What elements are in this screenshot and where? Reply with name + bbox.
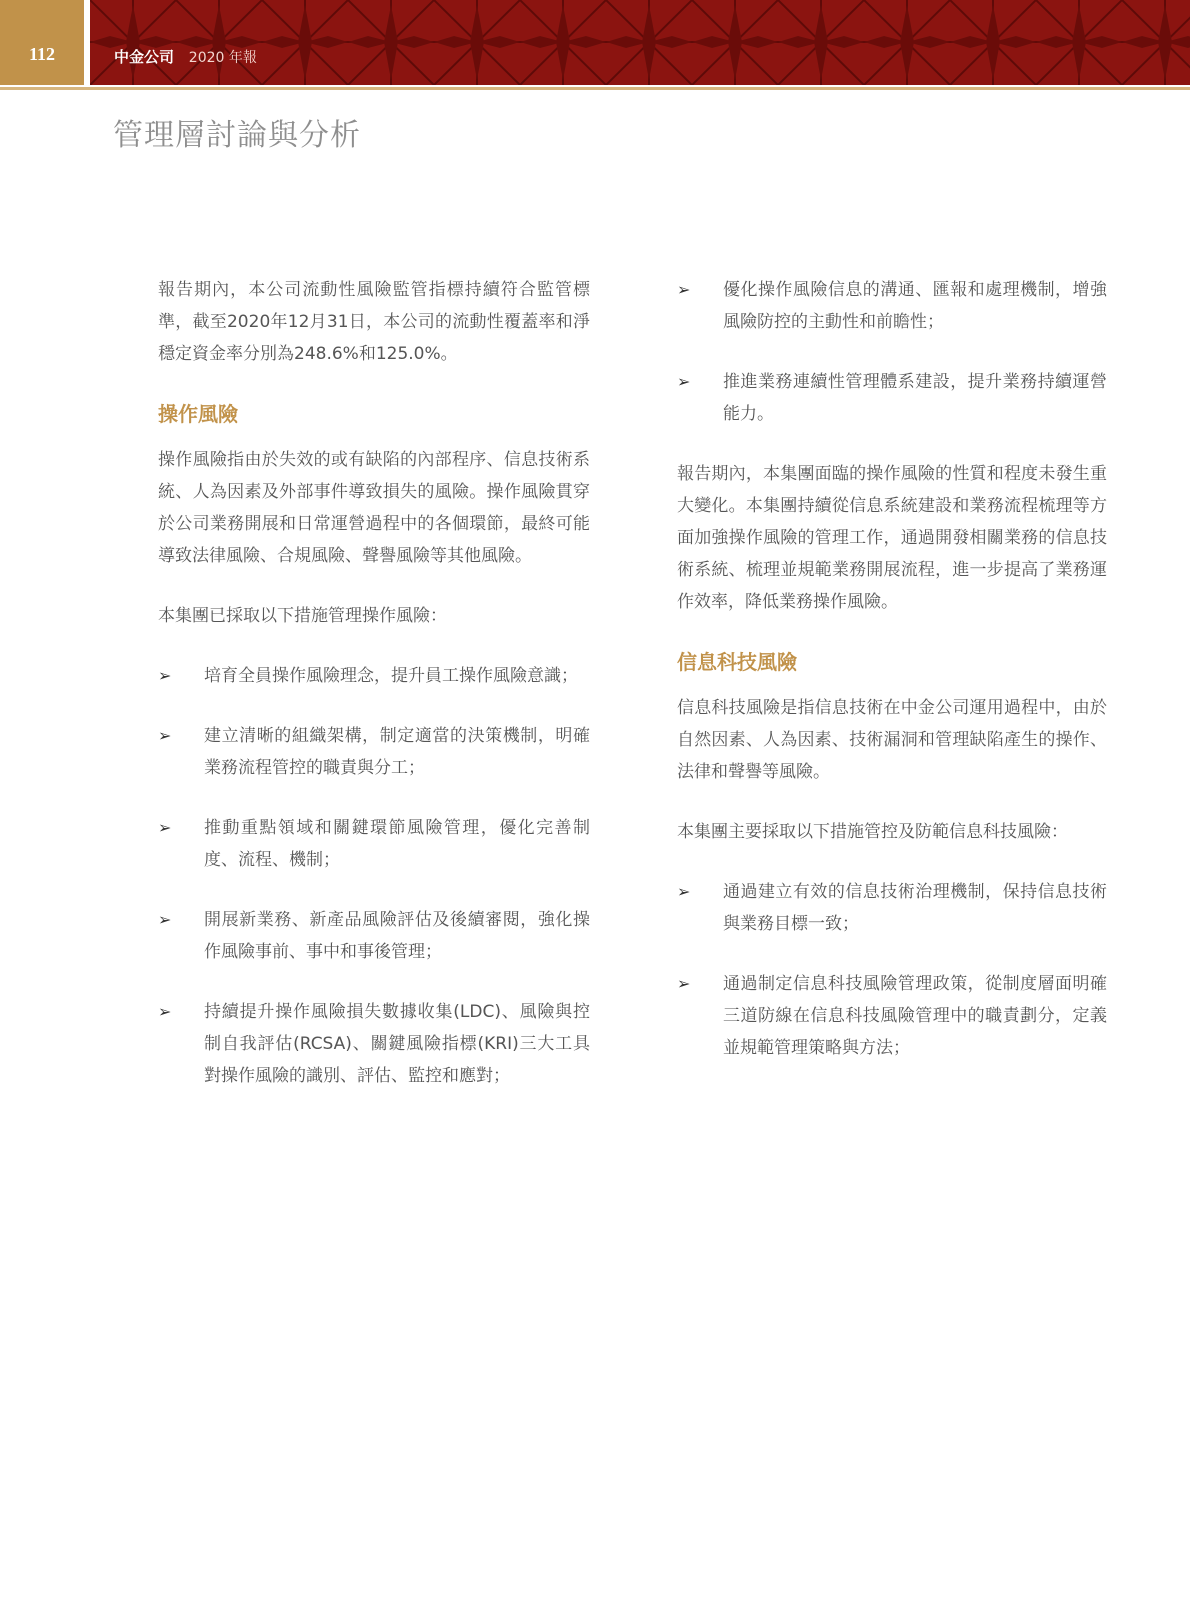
arrowhead-icon: ➢ [158, 812, 204, 876]
liquidity-paragraph: 報告期內，本公司流動性風險監管指標持續符合監管標準，截至2020年12月31日，… [158, 274, 590, 370]
left-column: 報告期內，本公司流動性風險監管指標持續符合監管標準，截至2020年12月31日，… [158, 274, 590, 1120]
list-item: ➢ 開展新業務、新產品風險評估及後續審閱，強化操作風險事前、事中和事後管理； [158, 904, 590, 968]
section-heading-operational-risk: 操作風險 [158, 398, 590, 430]
list-item-text: 通過建立有效的信息技術治理機制，保持信息技術與業務目標一致； [723, 876, 1107, 940]
list-item: ➢ 持續提升操作風險損失數據收集(LDC)、風險與控制自我評估(RCSA)、關鍵… [158, 996, 590, 1092]
it-risk-definition: 信息科技風險是指信息技術在中金公司運用過程中，由於自然因素、人為因素、技術漏洞和… [677, 692, 1107, 788]
list-item: ➢ 優化操作風險信息的溝通、匯報和處理機制，增強風險防控的主動性和前瞻性； [677, 274, 1107, 338]
arrowhead-icon: ➢ [158, 904, 204, 968]
operational-risk-definition: 操作風險指由於失效的或有缺陷的內部程序、信息技術系統、人為因素及外部事件導致損失… [158, 444, 590, 572]
list-item-text: 培育全員操作風險理念，提升員工操作風險意識； [204, 660, 590, 692]
arrowhead-icon: ➢ [158, 996, 204, 1092]
list-item-text: 開展新業務、新產品風險評估及後續審閱，強化操作風險事前、事中和事後管理； [204, 904, 590, 968]
operational-risk-summary: 報告期內，本集團面臨的操作風險的性質和程度未發生重大變化。本集團持續從信息系統建… [677, 458, 1107, 618]
arrowhead-icon: ➢ [677, 876, 723, 940]
list-item-text: 推進業務連續性管理體系建設，提升業務持續運營能力。 [723, 366, 1107, 430]
arrowhead-icon: ➢ [677, 968, 723, 1064]
arrowhead-icon: ➢ [677, 366, 723, 430]
list-item: ➢ 建立清晰的組織架構，制定適當的決策機制，明確業務流程管控的職責與分工； [158, 720, 590, 784]
list-item-text: 通過制定信息科技風險管理政策，從制度層面明確三道防線在信息科技風險管理中的職責劃… [723, 968, 1107, 1064]
operational-measures-intro: 本集團已採取以下措施管理操作風險： [158, 600, 590, 632]
page-header: 112 [0, 0, 1190, 92]
page-number: 112 [0, 44, 84, 65]
right-column: ➢ 優化操作風險信息的溝通、匯報和處理機制，增強風險防控的主動性和前瞻性； ➢ … [677, 274, 1107, 1092]
page-number-box: 112 [0, 0, 84, 85]
company-name: 中金公司 [114, 48, 174, 66]
section-heading-it-risk: 信息科技風險 [677, 646, 1107, 678]
list-item: ➢ 通過制定信息科技風險管理政策，從制度層面明確三道防線在信息科技風險管理中的職… [677, 968, 1107, 1064]
list-item-text: 持續提升操作風險損失數據收集(LDC)、風險與控制自我評估(RCSA)、關鍵風險… [204, 996, 590, 1092]
list-item-text: 推動重點領域和關鍵環節風險管理，優化完善制度、流程、機制； [204, 812, 590, 876]
header-divider [0, 87, 1190, 90]
header-separator [86, 0, 88, 87]
header-pattern-band: 中金公司 2020 年報 [90, 0, 1190, 85]
arrowhead-icon: ➢ [158, 720, 204, 784]
list-item-text: 優化操作風險信息的溝通、匯報和處理機制，增強風險防控的主動性和前瞻性； [723, 274, 1107, 338]
list-item: ➢ 培育全員操作風險理念，提升員工操作風險意識； [158, 660, 590, 692]
arrowhead-icon: ➢ [677, 274, 723, 338]
it-measures-intro: 本集團主要採取以下措施管控及防範信息科技風險： [677, 816, 1107, 848]
report-title: 中金公司 2020 年報 [114, 46, 257, 67]
asanoha-pattern-icon [90, 0, 1190, 85]
list-item: ➢ 通過建立有效的信息技術治理機制，保持信息技術與業務目標一致； [677, 876, 1107, 940]
page-title: 管理層討論與分析 [113, 110, 361, 154]
report-year: 2020 年報 [189, 50, 257, 66]
list-item: ➢ 推進業務連續性管理體系建設，提升業務持續運營能力。 [677, 366, 1107, 430]
arrowhead-icon: ➢ [158, 660, 204, 692]
list-item: ➢ 推動重點領域和關鍵環節風險管理，優化完善制度、流程、機制； [158, 812, 590, 876]
list-item-text: 建立清晰的組織架構，制定適當的決策機制，明確業務流程管控的職責與分工； [204, 720, 590, 784]
